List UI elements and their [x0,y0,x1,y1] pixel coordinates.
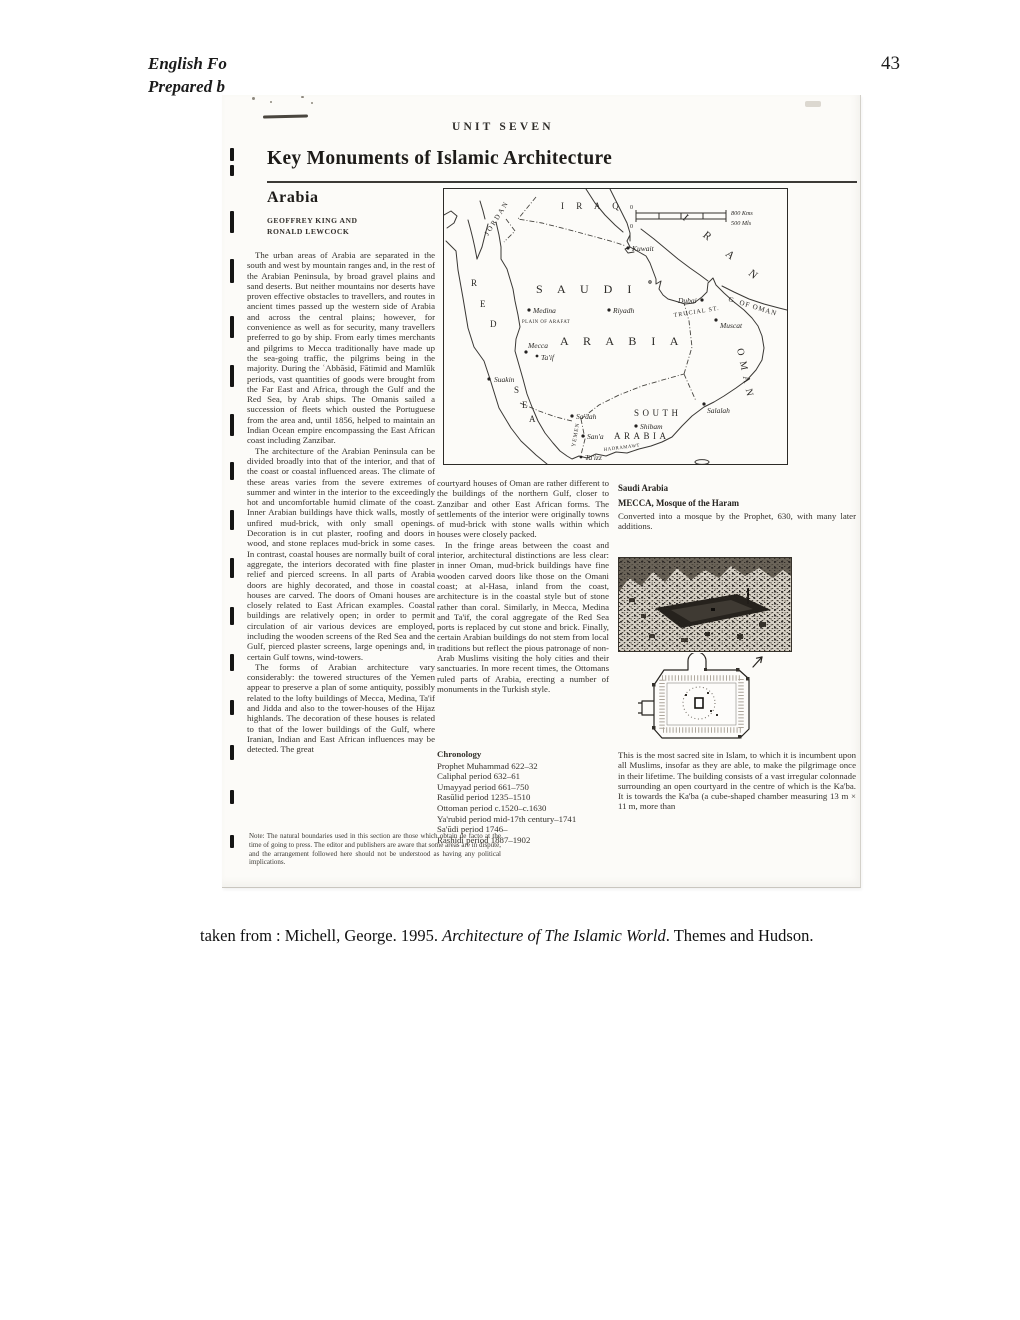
page-number: 43 [881,53,900,75]
chronology-entry: Rashidi period 1887–1902 [437,835,622,846]
scan-mark [230,700,234,715]
map-label-medina: Medina [532,306,556,315]
citation-suffix: . Themes and Hudson. [666,926,814,945]
authors: GEOFFREY KING AND RONALD LEWCOCK [267,216,358,237]
scan-speck [301,96,304,98]
map-label-sana: San'a [587,432,604,441]
middle-column: courtyard houses of Oman are rather diff… [437,478,609,694]
map-label-red-d: D [490,319,497,329]
scan-mark [230,790,234,804]
left-paragraph-1: The urban areas of Arabia are separated … [247,250,435,446]
scan-mark [230,414,234,436]
map-label-plain-of-arafat: PLAIN OF ARAFAT [522,320,570,325]
scan-mark [230,654,234,671]
scan-mark [230,745,234,760]
right-body: This is the most sacred site in Islam, t… [618,750,856,812]
scan-mark [230,510,234,530]
chronology-entry: Umayyad period 661–750 [437,782,622,793]
map-label-taif: Ta'if [541,353,555,362]
author-line: GEOFFREY KING AND [267,216,358,227]
scan-stray-line [263,114,308,118]
left-column: The urban areas of Arabia are separated … [247,250,435,755]
chronology-entry: Ottoman period c.1520–c.1630 [437,803,622,814]
map-label-muscat: Muscat [719,321,743,330]
map-label-saudi: S A U D I [536,282,637,296]
citation-prefix: taken from : Michell, George. 1995. [200,926,442,945]
arabia-map: 0 0 800 Kms 500 Mls JORDAN I R A Q I R A… [443,188,788,465]
map-label-sea-s: S [514,385,519,395]
map-label-iraq: I R A Q [561,201,624,211]
scan-mark [230,462,234,480]
chronology-entry: Caliphal period 632–61 [437,771,622,782]
map-label-red-r: R [471,278,477,288]
section-title: Arabia [267,189,319,207]
map-label-sea-e: E [522,400,528,410]
map-label-mecca: Mecca [527,341,548,350]
scan-speck [270,101,272,103]
map-label-riyadh: Riyadh [612,306,634,315]
map-label-sea-a: A [529,414,536,424]
page-title: Key Monuments of Islamic Architecture [267,148,612,170]
map-scale-mls: 500 Mls [731,220,752,227]
map-label-kuwait: Kuwait [631,244,655,253]
map-label-arabia-south: ARABIA [614,431,670,441]
map-label-south: SOUTH [634,408,682,418]
map-scale-kms: 800 Kms [731,210,753,217]
scan-mark [230,259,234,283]
map-city-dots [487,246,717,458]
map-label-arabia: A R A B I A [560,334,684,348]
author-line: RONALD LEWCOCK [267,227,358,238]
right-caption: Converted into a mosque by the Prophet, … [618,511,856,532]
title-rule [267,181,857,183]
map-label-iran: I R A N [680,212,767,288]
scan-mark [230,365,234,387]
scan-speck [311,102,313,104]
scan-mark [230,165,234,176]
middle-paragraph-2: In the fringe areas between the coast an… [437,540,609,694]
scanned-page: UNIT SEVEN Key Monuments of Islamic Arch… [222,95,861,888]
right-monument-heading: MECCA, Mosque of the Haram [618,498,856,508]
scan-speck [252,97,255,100]
map-label-shibam: Shibam [640,422,663,431]
unit-label: UNIT SEVEN [452,121,554,133]
scan-mark [230,148,234,161]
scan-mark [230,316,234,338]
scan-mark [230,607,234,625]
map-label-oman: OMAN [734,347,756,403]
chronology-entry: Rasūlid period 1235–1510 [437,792,622,803]
mecca-photo-halftone [619,558,791,651]
chronology: Chronology Prophet Muhammad 622–32 Calip… [437,749,622,845]
course-header-line2: Prepared b [148,75,227,98]
map-label-suakin: Suakin [494,375,515,384]
course-header: English Fo Prepared b [148,52,227,98]
map-label-salalah: Salalah [707,406,730,415]
scan-mark [230,835,234,848]
mosque-plan-drawing [636,653,771,748]
map-label-jordan: JORDAN [483,199,511,237]
map-label-hadramawt: HADRAMAWT [604,444,641,453]
scan-smudge [805,101,821,107]
middle-paragraph-1: courtyard houses of Oman are rather diff… [437,478,609,540]
map-label-sadah: Sa'dah [576,412,597,421]
map-label-yemen: YEMEN [571,422,581,447]
map-scale-zero-top: 0 [630,205,633,211]
chronology-entry: Sa'ūdi period 1746– [437,824,622,835]
left-paragraph-3: The forms of Arabian architecture vary c… [247,662,435,755]
right-country-heading: Saudi Arabia [618,483,856,493]
map-label-trucial: TRUCIAL ST. [673,306,720,319]
scan-mark [230,558,234,578]
left-paragraph-2: The architecture of the Arabian Peninsul… [247,446,435,662]
citation-title: Architecture of The Islamic World [442,926,666,945]
mecca-photo [618,557,792,652]
mosque-plan [636,653,771,748]
scan-mark [230,211,234,233]
map-label-red-e: E [480,299,486,309]
map-label-g-of-oman: G. OF OMAN [727,295,778,317]
citation: taken from : Michell, George. 1995. Arch… [200,926,813,946]
chronology-entry: Ya'rubid period mid-17th century–1741 [437,814,622,825]
course-header-line1: English Fo [148,52,227,75]
chronology-heading: Chronology [437,749,622,760]
map-scale-zero-bottom: 0 [630,224,633,230]
chronology-entry: Prophet Muhammad 622–32 [437,761,622,772]
map-label-dubai: Dubai [677,296,697,305]
arabia-map-drawing: 0 0 800 Kms 500 Mls JORDAN I R A Q I R A… [444,189,787,464]
map-label-taizz: Ta'izz [585,453,602,462]
